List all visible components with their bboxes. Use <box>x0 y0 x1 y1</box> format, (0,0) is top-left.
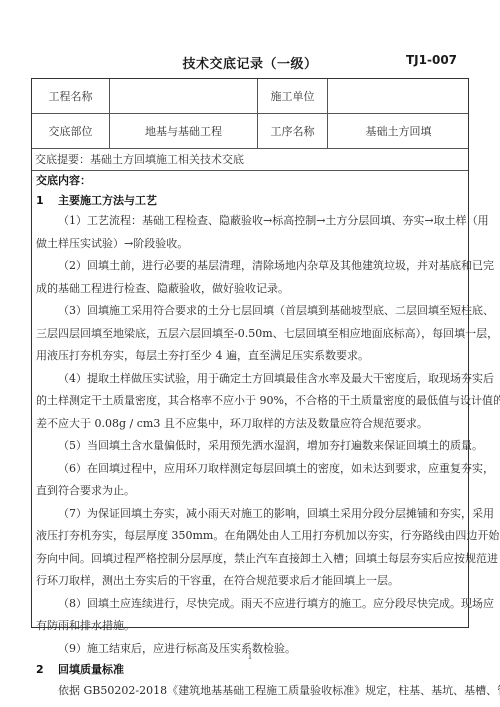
paragraph-line: （1）工艺流程：基础工程检查、隐蔽验收→标高控制→土方分层回填、夯实→取土样（用 <box>36 210 464 233</box>
page-number: 1 <box>0 652 500 661</box>
disclosure-content: 交底内容： 1主要施工方法与工艺 （1）工艺流程：基础工程检查、隐蔽验收→标高控… <box>32 171 468 702</box>
content-heading: 交底内容： <box>36 171 464 191</box>
paragraph-line: 差不应大于 0.08g / cm3 且不应集中，环刀取样的方法及数量应符合规范要… <box>36 413 464 436</box>
disclosure-location-value: 地基与基础工程 <box>110 114 258 148</box>
paragraph-line: （6）在回填过程中，应用环刀取样测定每层回填土的密度，如未达到要求，应重复夯实， <box>36 458 464 481</box>
table-row-project: 工程名称 施工单位 <box>32 79 468 114</box>
project-name-label: 工程名称 <box>32 79 110 113</box>
paragraph-line: 直到符合要求为止。 <box>36 480 464 503</box>
project-name-value <box>110 79 258 113</box>
process-name-value: 基础土方回填 <box>328 114 469 148</box>
paragraph-line: 依据 GB50202-2018《建筑地基基础工程施工质量验收标准》规定，柱基、基… <box>36 680 464 703</box>
paragraph-line: （3）回填施工采用符合要求的土分七层回填（首层填到基础坡型底、二层回填至短柱底、 <box>36 300 464 323</box>
section-1-heading: 1主要施工方法与工艺 <box>36 191 464 211</box>
paragraph-line: （8）回填土应连续进行，尽快完成。雨天不应进行填方的施工。应分段尽快完成。现场应 <box>36 593 464 616</box>
paragraph-line: 行环刀取样，测出土夯实后的干容重，在符合规范要求后才能回填上一层。 <box>36 570 464 593</box>
section-2-number: 2 <box>36 660 58 680</box>
paragraph-line: （2）回填土前，进行必要的基层清理，清除场地内杂草及其他建筑垃圾，并对基底和已完 <box>36 255 464 278</box>
paragraph-line: 夯向中间。回填过程严格控制分层厚度，禁止汽车直接卸土入槽；回填土每层夯实后应按规… <box>36 548 464 571</box>
disclosure-summary: 交底提要：基础土方回填施工相关技术交底 <box>32 149 468 171</box>
paragraph-line: （4）提取土样做压实试验，用于确定土方回填最佳含水率及最大干密度后，取现场夯实后 <box>36 368 464 391</box>
paragraph-line: （7）为保证回填土夯实，减小雨天对施工的影响，回填土采用分段分层摊铺和夯实，采用 <box>36 503 464 526</box>
section-2-title: 回填质量标准 <box>58 663 124 676</box>
paragraph-line: 成的基础工程进行检查、隐蔽验收，做好验收记录。 <box>36 278 464 301</box>
paragraph-line: 有防雨和排水措施。 <box>36 615 464 638</box>
paragraph-line: 液压打夯机夯实，每层厚度 350mm。在角隅处由人工用打夯机加以夯实，行夯路线由… <box>36 525 464 548</box>
paragraph-line: 三层四层回填至地梁底，五层六层回填至-0.50m、七层回填至相应地面底标高），每… <box>36 323 464 346</box>
paragraph-line: 的土样测定干土质量密度，其合格率不应小于 90%，不合格的干土质量密度的最低值与… <box>36 390 464 413</box>
paragraph-line: 用液压打夯机夯实，每层土夯打至少 4 遍，直至满足压实系数要求。 <box>36 345 464 368</box>
process-name-label: 工序名称 <box>258 114 328 148</box>
table-row-location: 交底部位 地基与基础工程 工序名称 基础土方回填 <box>32 114 468 149</box>
paragraph-line: （5）当回填土含水量偏低时，采用预先洒水湿润，增加夯打遍数来保证回填土的质量。 <box>36 435 464 458</box>
section-1-number: 1 <box>36 191 58 211</box>
construction-unit-label: 施工单位 <box>258 79 328 113</box>
disclosure-location-label: 交底部位 <box>32 114 110 148</box>
paragraph-line: 做土样压实试验）→阶段验收。 <box>36 233 464 256</box>
document-code: TJ1-007 <box>406 53 457 67</box>
disclosure-record-table: 工程名称 施工单位 交底部位 地基与基础工程 工序名称 基础土方回填 交底提要：… <box>31 78 469 628</box>
section-2-heading: 2回填质量标准 <box>36 660 464 680</box>
section-1-title: 主要施工方法与工艺 <box>58 194 157 207</box>
construction-unit-value <box>328 79 469 113</box>
